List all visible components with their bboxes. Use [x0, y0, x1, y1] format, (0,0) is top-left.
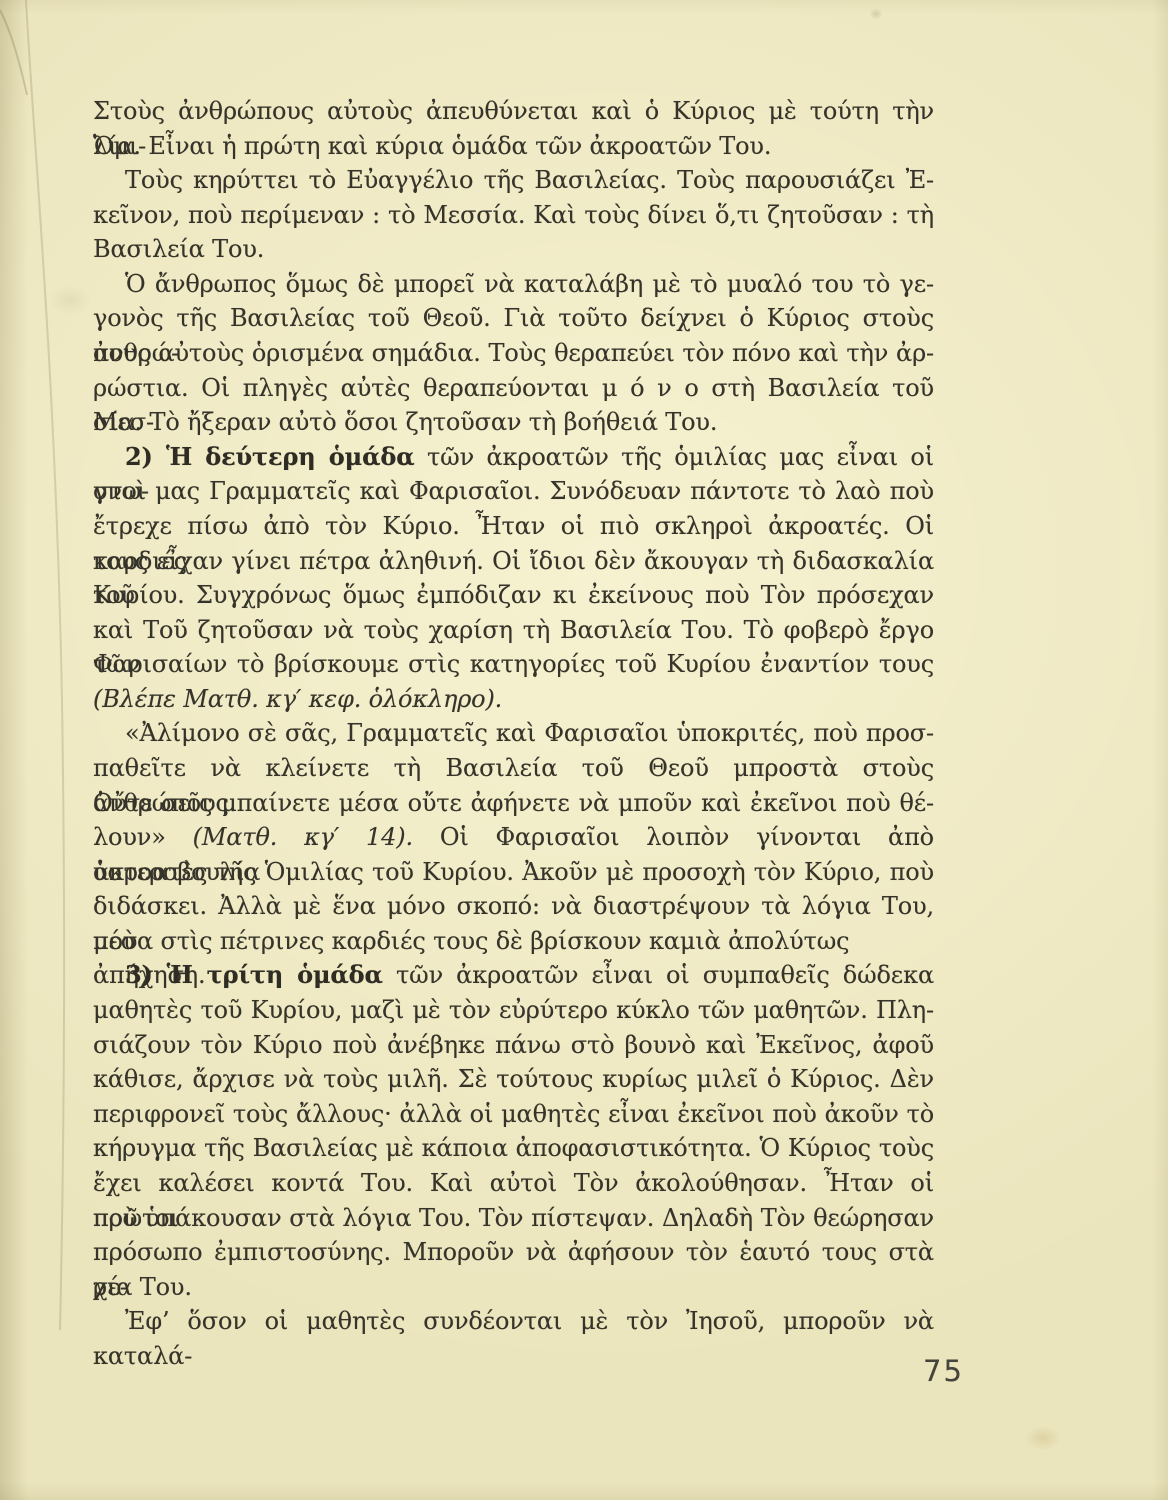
page-text: Στοὺς ἀνθρώπους αὐτοὺς ἀπευθύνεται καὶ ὁ…: [93, 94, 934, 1339]
text-run: μαθητὲς τοῦ Κυρίου, μαζὶ μὲ τὸν εὐρύτερο…: [93, 996, 934, 1024]
text-run: Βασιλεία Του.: [93, 235, 264, 263]
text-line: κεῖνον, ποὺ περίμεναν : τὸ Μεσσία. Καὶ τ…: [93, 198, 934, 233]
text-line: λουν» (Ματθ. κγ′ 14). Οἱ Φαρισαῖοι λοιπὸ…: [93, 820, 934, 855]
text-run: πους αὐτοὺς ὁρισμένα σημάδια. Τοὺς θεραπ…: [93, 339, 934, 367]
text-run: κάθισε, ἄρχισε νὰ τοὺς μιλῆ. Σὲ τούτους …: [93, 1065, 934, 1093]
text-line: ρώστια. Οἱ πληγὲς αὐτὲς θεραπεύονται μ ό…: [93, 371, 934, 406]
crease-path: [26, 0, 64, 1330]
bold-text-run: 2) Ἡ δεύτερη ὁμάδα: [125, 442, 415, 471]
text-line: ἀκροατὲς τῆς Ὁμιλίας τοῦ Κυρίου. Ἀκοῦν μ…: [93, 855, 934, 890]
text-run: Φαρισαίων τὸ βρίσκουμε στὶς κατηγορίες τ…: [93, 650, 934, 678]
text-run: λία. Εἶναι ἡ πρώτη καὶ κύρια ὁμάδα τῶν ἀ…: [93, 132, 771, 160]
text-run: ρια Του.: [93, 1273, 192, 1301]
text-line: «Ἀλίμονο σὲ σᾶς, Γραμματεῖς καὶ Φαρισαῖο…: [93, 716, 934, 751]
text-line: Φαρισαίων τὸ βρίσκουμε στὶς κατηγορίες τ…: [93, 647, 934, 682]
text-line: κήρυγμα τῆς Βασιλείας μὲ κάποια ἀποφασισ…: [93, 1131, 934, 1166]
text-line: πρόσωπο ἐμπιστοσύνης. Μποροῦν νὰ ἀφήσουν…: [93, 1235, 934, 1270]
text-run: λουν»: [93, 823, 193, 851]
text-line: σία. Τὸ ἤξεραν αὐτὸ ὅσοι ζητοῦσαν τὴ βοή…: [93, 405, 934, 440]
text-line: ρια Του.: [93, 1270, 934, 1305]
text-line: πους αὐτοὺς ὁρισμένα σημάδια. Τοὺς θεραπ…: [93, 336, 934, 371]
text-run: σιάζουν τὸν Κύριο ποὺ ἀνέβηκε πάνω στὸ β…: [93, 1031, 934, 1059]
text-run: ποὺ ὑπάκουσαν στὰ λόγια Του. Τὸν πίστεψα…: [93, 1204, 934, 1232]
text-line: περιφρονεῖ τοὺς ἄλλους· ἀλλὰ οἱ μαθητὲς …: [93, 1097, 934, 1132]
text-run: κεῖνον, ποὺ περίμεναν : τὸ Μεσσία. Καὶ τ…: [93, 201, 934, 229]
text-line: γονὸς τῆς Βασιλείας τοῦ Θεοῦ. Γιὰ τοῦτο …: [93, 301, 934, 336]
text-run: τῶν ἀκροατῶν εἶναι οἱ συμπαθεῖς δώδεκα: [383, 961, 934, 989]
text-line: Τοὺς κηρύττει τὸ Εὐαγγέλιο τῆς Βασιλείας…: [93, 163, 934, 198]
text-line: Ἐφ’ ὅσον οἱ μαθητὲς συνδέονται μὲ τὸν Ἰη…: [93, 1304, 934, 1339]
bold-text-run: 3) Ἡ τρίτη ὁμάδα: [125, 960, 383, 989]
text-line: παθεῖτε νὰ κλείνετε τὴ Βασιλεία τοῦ Θεοῦ…: [93, 751, 934, 786]
text-line: ἔχει καλέσει κοντά Του. Καὶ αὐτοὶ Τὸν ἀκ…: [93, 1166, 934, 1201]
text-line: κάθισε, ἄρχισε νὰ τοὺς μιλῆ. Σὲ τούτους …: [93, 1062, 934, 1097]
text-line: μαθητὲς τοῦ Κυρίου, μαζὶ μὲ τὸν εὐρύτερο…: [93, 993, 934, 1028]
text-line: Βασιλεία Του.: [93, 232, 934, 267]
text-line: Ὁ ἄνθρωπος ὅμως δὲ μπορεῖ νὰ καταλάβη μὲ…: [93, 267, 934, 302]
text-line: (Βλέπε Ματθ. κγ′ κεφ. ὁλόκληρο).: [93, 682, 934, 717]
text-line: 2) Ἡ δεύτερη ὁμάδα τῶν ἀκροατῶν τῆς ὁμιλ…: [93, 440, 934, 475]
text-run: Ὁ ἄνθρωπος ὅμως δὲ μπορεῖ νὰ καταλάβη μὲ…: [125, 270, 934, 298]
corner-fold-line: [0, 10, 27, 95]
text-line: Στοὺς ἀνθρώπους αὐτοὺς ἀπευθύνεται καὶ ὁ…: [93, 94, 934, 129]
text-line: καὶ Τοῦ ζητοῦσαν νὰ τοὺς χαρίση τὴ Βασιλ…: [93, 613, 934, 648]
text-run: Κυρίου. Συγχρόνως ὅμως ἐμπόδιζαν κι ἐκεί…: [93, 581, 934, 609]
text-line: λία. Εἶναι ἡ πρώτη καὶ κύρια ὁμάδα τῶν ἀ…: [93, 129, 934, 164]
text-run: Οὔτε σεῖς μπαίνετε μέσα οὔτε ἀφήνετε νὰ …: [93, 789, 934, 817]
text-line: 3) Ἡ τρίτη ὁμάδα τῶν ἀκροατῶν εἶναι οἱ σ…: [93, 958, 934, 993]
text-run: περιφρονεῖ τοὺς ἄλλους· ἀλλὰ οἱ μαθητὲς …: [93, 1100, 934, 1128]
text-run: Ἐφ’ ὅσον οἱ μαθητὲς συνδέονται μὲ τὸν Ἰη…: [93, 1307, 934, 1370]
text-run: ἀκροατὲς τῆς Ὁμιλίας τοῦ Κυρίου. Ἀκοῦν μ…: [93, 858, 934, 886]
text-line: Οὔτε σεῖς μπαίνετε μέσα οὔτε ἀφήνετε νὰ …: [93, 786, 934, 821]
italic-text-run: (Βλέπε Ματθ. κγ′ κεφ. ὁλόκληρο).: [93, 685, 502, 713]
text-run: στοὶ μας Γραμματεῖς καὶ Φαρισαῖοι. Συνόδ…: [93, 477, 934, 505]
text-line: διδάσκει. Ἀλλὰ μὲ ἕνα μόνο σκοπό: νὰ δια…: [93, 889, 934, 924]
page-number: 75: [923, 1354, 964, 1388]
text-line: Κυρίου. Συγχρόνως ὅμως ἐμπόδιζαν κι ἐκεί…: [93, 578, 934, 613]
book-page: Στοὺς ἀνθρώπους αὐτοὺς ἀπευθύνεται καὶ ὁ…: [0, 0, 1168, 1500]
text-run: Τοὺς κηρύττει τὸ Εὐαγγέλιο τῆς Βασιλείας…: [125, 166, 934, 194]
text-run: σία. Τὸ ἤξεραν αὐτὸ ὅσοι ζητοῦσαν τὴ βοή…: [93, 408, 717, 436]
text-line: ἔτρεχε πίσω ἀπὸ τὸν Κύριο. Ἦταν οἱ πιὸ σ…: [93, 509, 934, 544]
text-line: σιάζουν τὸν Κύριο ποὺ ἀνέβηκε πάνω στὸ β…: [93, 1028, 934, 1063]
italic-text-run: (Ματθ. κγ′ 14).: [193, 823, 413, 851]
text-line: ποὺ ὑπάκουσαν στὰ λόγια Του. Τὸν πίστεψα…: [93, 1201, 934, 1236]
text-line: στοὶ μας Γραμματεῖς καὶ Φαρισαῖοι. Συνόδ…: [93, 474, 934, 509]
text-line: τους εἶχαν γίνει πέτρα ἀληθινή. Οἱ ἴδιοι…: [93, 544, 934, 579]
text-run: κήρυγμα τῆς Βασιλείας μὲ κάποια ἀποφασισ…: [93, 1134, 934, 1162]
text-line: μέσα στὶς πέτρινες καρδιές τους δὲ βρίσκ…: [93, 924, 934, 959]
text-run: «Ἀλίμονο σὲ σᾶς, Γραμματεῖς καὶ Φαρισαῖο…: [125, 719, 934, 747]
